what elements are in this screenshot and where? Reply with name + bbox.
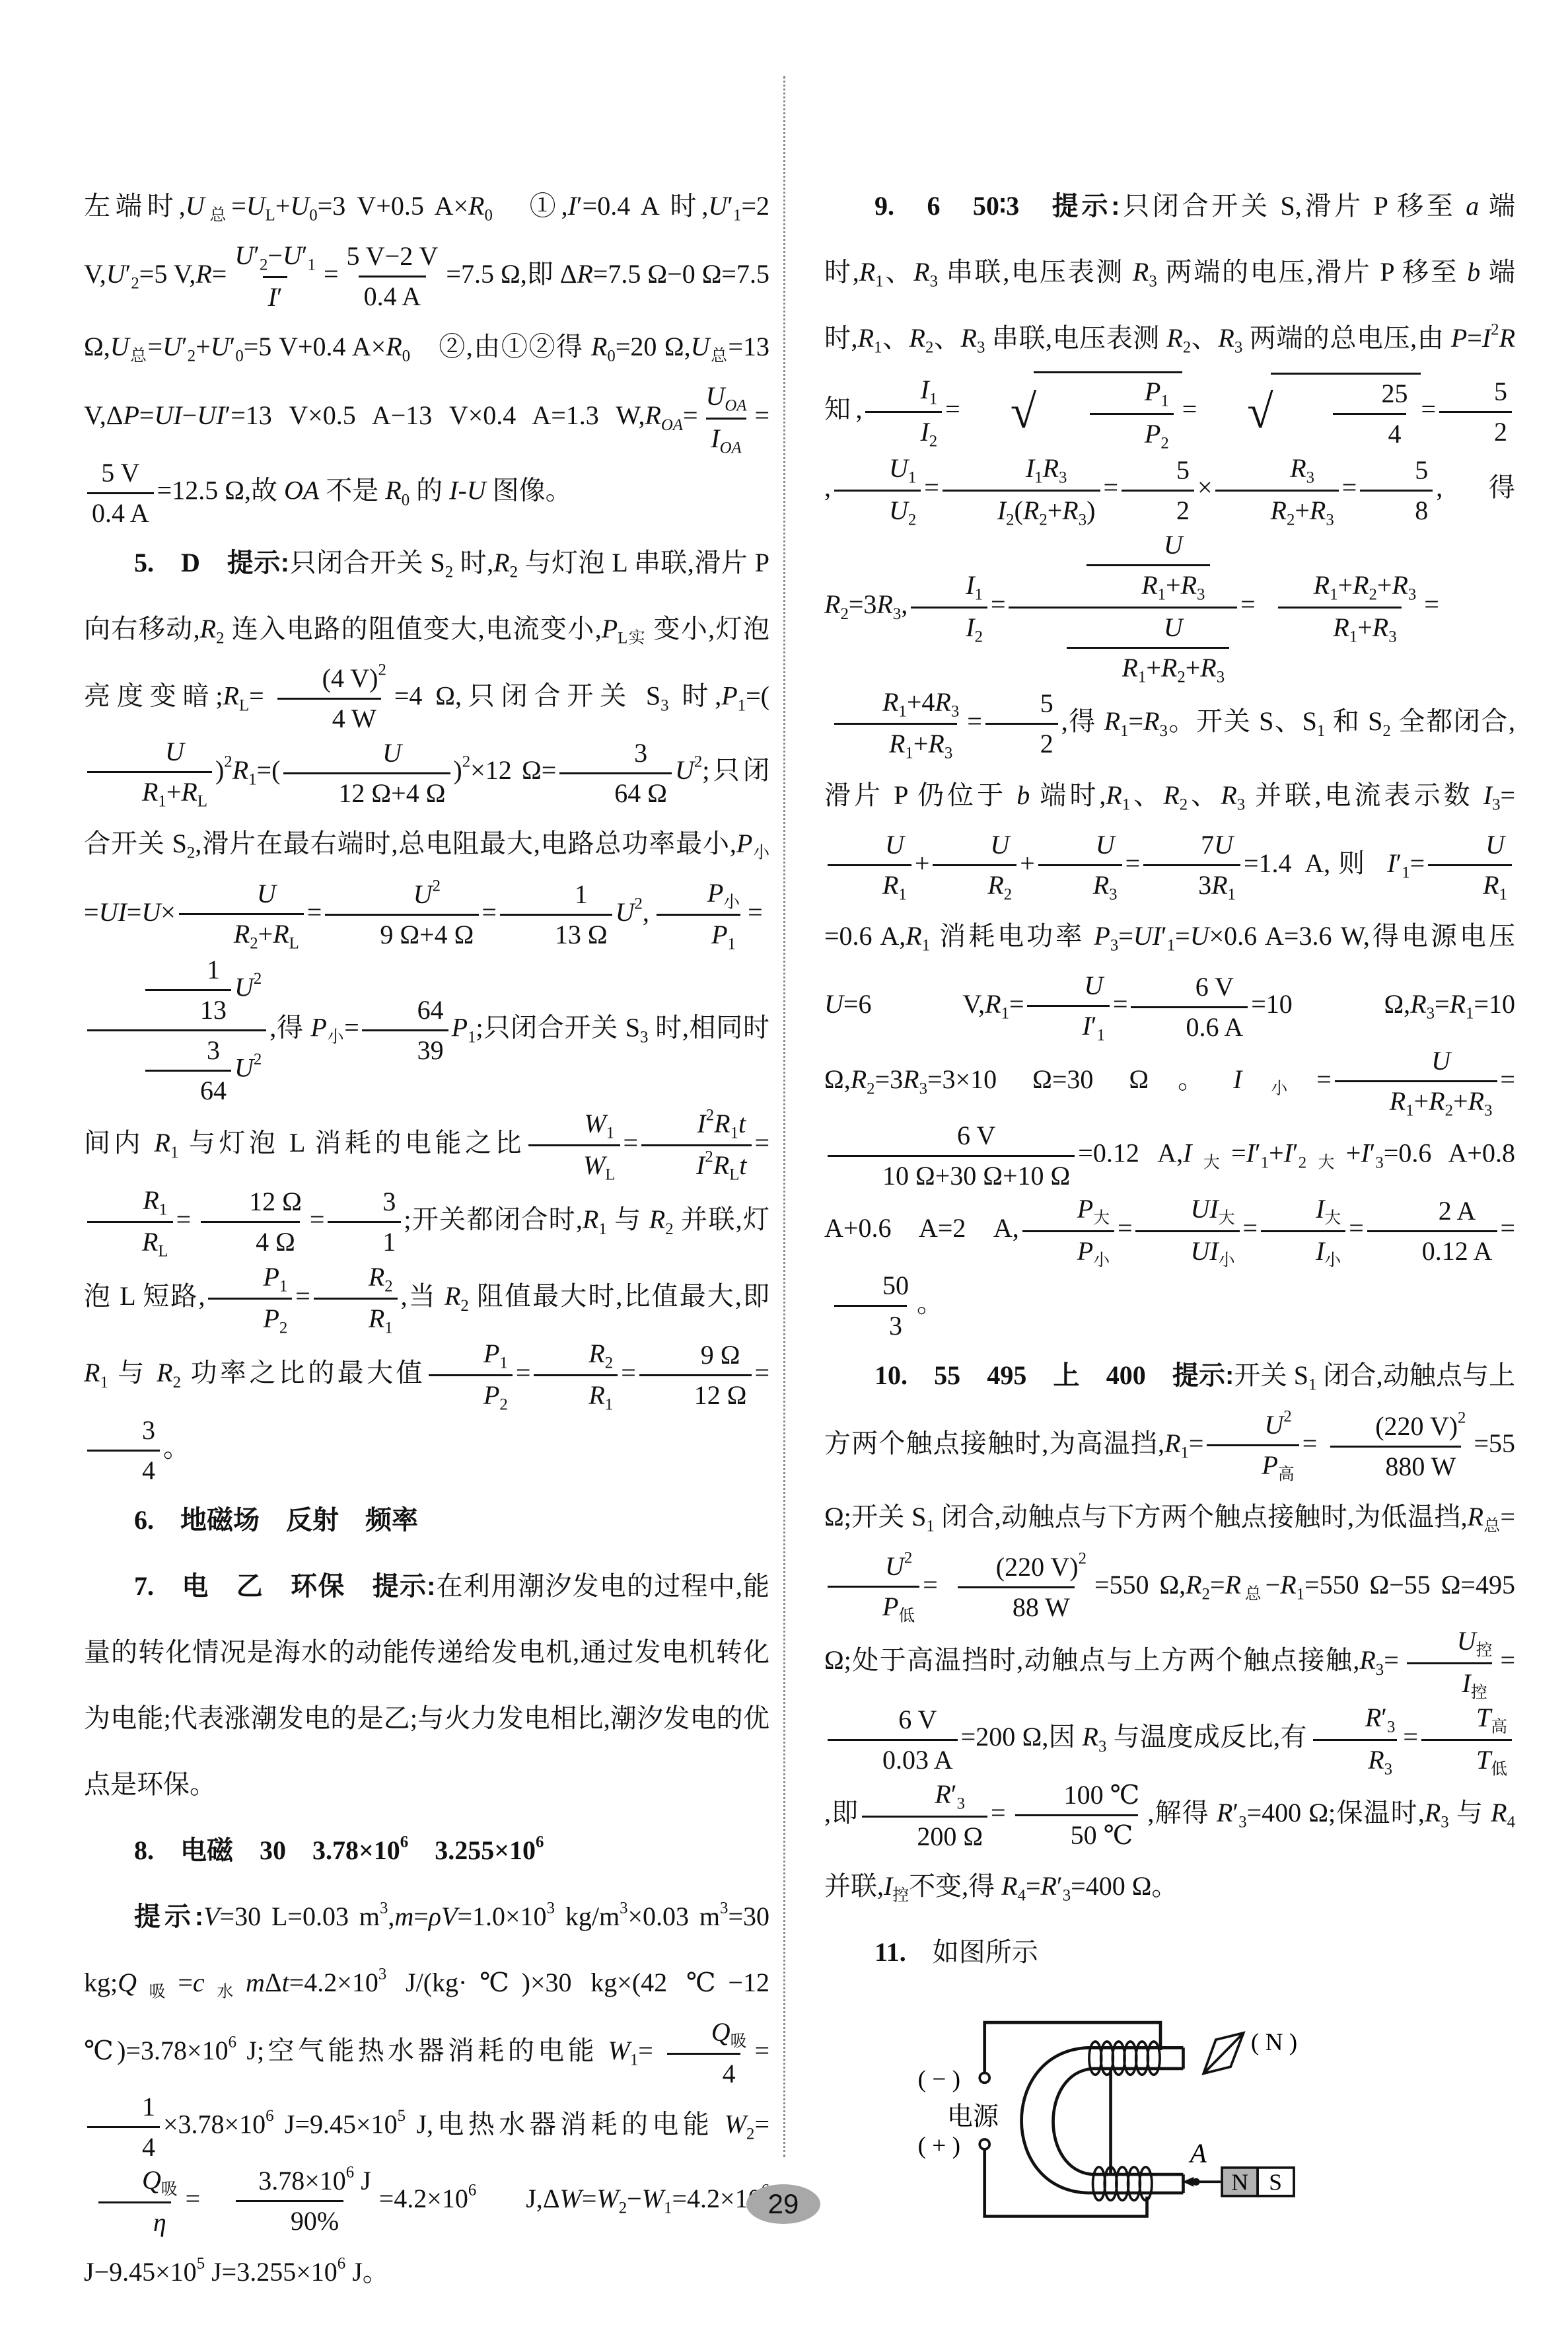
numerator: P1 [429,1337,513,1374]
variable: U [467,476,486,505]
text-run: J;空气能热水器消耗的电能 [236,2035,608,2065]
subscript: 1 [1349,628,1357,646]
subscript: 3 [957,1795,965,1813]
text-run: =7.5 Ω,即 Δ [446,259,577,289]
text-run: 1 [142,2092,155,2122]
variable: U [1214,830,1233,860]
text-run: = [924,472,939,502]
variable: R [1429,1086,1444,1116]
variable: R [1392,570,1408,600]
text-run: 880 W [1385,1452,1456,1481]
text-run: 5 [1176,455,1190,485]
text-run: + [1377,570,1392,600]
variable: R [1425,1798,1441,1827]
text-run: =30 L=0.03 m [220,1901,380,1931]
answer-text: 3.255×10 [435,1835,536,1865]
variable: P [1145,377,1160,406]
variable: R [1186,1570,1201,1600]
variable: R [1310,496,1326,525]
variable: R [935,1779,950,1809]
variable: R [645,401,660,431]
text-run: = [1078,1138,1093,1168]
subscript: 2 [1202,1585,1210,1603]
denominator: P2 [1090,413,1174,452]
subscript: 1 [279,1277,287,1295]
denominator: I小 [1261,1230,1346,1269]
subscript: 2 [1183,339,1191,357]
subscript: 3 [930,273,938,291]
denominator: P1 [657,914,740,953]
subscript: 1 [1138,668,1146,686]
variable: U [1164,530,1183,560]
text-run: =20 Ω, [616,332,691,361]
denominator: P高 [1207,1444,1299,1483]
lower-coil [1093,2166,1152,2199]
variable: b [1467,257,1480,287]
text-run: J,电热水器消耗的电能 [406,2110,725,2139]
subscript: L [605,1166,615,1184]
circuit-wires [985,2022,1160,2216]
text-run: 4 [142,2132,155,2162]
text-run: =4.2×10 [379,2184,468,2213]
subscript: 1 [1402,864,1409,882]
text-run [200,548,227,577]
subscript: 1 [1097,1027,1105,1045]
numerator: R1+R2+R3 [1258,569,1421,606]
text-run: 2 A, [952,1214,1018,1243]
subscript: 控 [1471,1683,1487,1701]
text-run [154,548,181,577]
text-run: 3 [142,1415,155,1445]
subscript: 3 [1160,722,1168,740]
superscript: 2 [462,753,470,771]
numerator: Q吸 [657,2016,752,2053]
subscript: 2 [605,1354,613,1372]
text-run: ,解得 [1147,1798,1217,1827]
variable: R [142,777,158,807]
variable: I [449,476,458,505]
variable: R [84,1358,100,1387]
variable: P [707,878,723,908]
subscript: 2 [1039,511,1047,529]
variable: R [909,323,925,353]
denominator: R1+R3 [1278,607,1402,646]
subscript: 吸 [161,2181,178,2199]
text-run: 90% [291,2206,339,2236]
text-run: ′ [277,282,283,312]
text-run: 64 [417,995,444,1025]
numerator: U控 [1402,1625,1497,1662]
text-run: 2 [1494,417,1507,447]
denominator: UI小 [1135,1230,1239,1269]
variable: P [483,1339,499,1368]
subscript: 3 [1306,469,1314,487]
text-run: = [344,1013,359,1043]
subscript: 1 [170,1144,178,1162]
text-run: + [1048,496,1063,525]
variable: R [369,1304,384,1333]
fraction: UR1 [828,829,911,903]
variable: I [966,612,974,642]
variable: I [1316,1236,1324,1266]
subscript: 3 [1492,796,1500,814]
denominator: R1 [828,864,911,903]
text-run: 开关 S [1234,1360,1308,1390]
text-run: = [1424,589,1439,619]
variable: c [193,1968,205,1997]
fraction: U控I控 [1402,1625,1497,1701]
text-run: =( [746,681,769,711]
subscript: 3 [919,1080,927,1097]
variable: R [1083,1722,1098,1752]
answer-text: 400 [1106,1360,1146,1390]
text-run: = [1384,1645,1399,1675]
text-run: 如图所示 [933,1937,1038,1967]
numerator: 3 [152,1034,225,1070]
superscript: 2 [254,1051,262,1068]
variable: P [1077,1194,1093,1224]
text-run: 1 [207,955,220,984]
variable: I [568,191,577,221]
superscript: 5 [197,2254,205,2272]
subscript: 1 [1167,937,1175,955]
text-run: 串联,电压表测 [985,323,1166,353]
variable: R [987,870,1003,900]
text-run [154,1835,180,1865]
numerator: 5 [1439,375,1512,411]
answer-text: 8. [134,1835,154,1865]
fraction: 364 Ω [559,737,672,810]
subscript: 高 [1491,1718,1507,1736]
fraction: (4 V)24 W [267,662,391,735]
fraction: UOAIOA [701,380,751,457]
text-run: = [991,1798,1006,1827]
text-run: 3 [889,1311,902,1341]
answer-text: 5. [134,548,154,577]
text-run: = [148,332,163,361]
column-divider [783,76,785,2157]
variable: R [961,323,977,353]
hint-label: 提示: [373,1572,436,1601]
text-run: 5 [1494,377,1507,406]
text-run: = [754,2035,769,2065]
variable: W [725,2110,746,2139]
text-run: = [413,1901,429,1931]
denominator: 64 Ω [559,772,672,810]
text-run: , [901,589,908,619]
variable: P [263,1262,279,1292]
radicand: P1P2 [1034,371,1182,452]
variable: R [649,1204,665,1234]
subscript: 3 [1441,1814,1448,1831]
subscript: 1 [1308,1376,1316,1394]
fraction: U29 Ω+4 Ω [325,878,478,951]
variable: η [153,2207,166,2237]
subscript: 2 [384,1277,392,1295]
fraction: Q吸4 [657,2016,752,2090]
variable: R [906,921,921,951]
variable: R [1217,1798,1232,1827]
text-run: 3 [1198,870,1211,900]
fraction: 6439 [362,994,448,1067]
text-run: 2 A [1439,1196,1476,1226]
variable: R [1166,323,1182,353]
negative-terminal [980,2073,989,2083]
subscript: 控 [892,1886,909,1904]
variable: R [1280,1570,1296,1600]
text-run: 连入电路的阻值变大,电流变小, [225,614,602,644]
numerator: (220 V)2 [1320,1410,1471,1446]
fraction: 100 ℃50 ℃ [1009,1779,1144,1852]
text-run: ;只闭合开关 S [476,1013,640,1043]
subscript: 3 [977,339,985,357]
variable: U [1164,612,1183,642]
fraction: R′3R3 [1310,1701,1400,1778]
variable: P [602,614,618,644]
text-run: 、 [933,323,960,353]
variable: T [1476,1745,1491,1775]
superscript: 2 [694,753,702,771]
answer-text: 3.78×10 [312,1835,400,1865]
subscript: 1 [929,390,937,408]
text-run: =3 [875,1064,904,1094]
text-run: 30 Ω。 [1067,1064,1233,1094]
denominator: P2 [429,1374,513,1413]
numerator: 6 V [1141,971,1239,1006]
text-run: 9 Ω+4 Ω [380,920,474,949]
fraction: UR3 [1038,829,1122,903]
fraction: P小P1 [653,877,745,953]
fraction: I1I2 [865,373,942,450]
text-run: ×3.78×10 [163,2110,266,2139]
variable: R [1221,780,1236,810]
text-run: ′ [1161,921,1167,951]
variable: R [876,589,892,619]
fraction: W1WL [528,1107,620,1184]
denominator: U2 [834,490,921,529]
numerator: 100 ℃ [1009,1779,1144,1814]
text-run: = [1113,989,1128,1019]
numerator: 25 [1326,377,1412,413]
variable: U [691,332,710,361]
denominator: 2 [985,723,1058,760]
text-run: 0.03 m [643,1901,720,1931]
text-run: ①, [493,191,568,221]
answer-text: 地磁场 反射 频率 [180,1505,418,1535]
variable: R [882,687,898,717]
numerator: U2 [830,1550,917,1586]
denominator: R1+RL [87,771,212,810]
fraction: P1P2 [208,1261,292,1337]
text-run: =12.5 Ω,故 [157,476,284,505]
subscript: 总 [710,348,729,365]
denominator: R1+R3 [834,723,958,762]
subscript: 0 [235,348,243,365]
variable: V [203,1901,219,1931]
variable: R [824,589,840,619]
text-run: = [1210,1570,1225,1600]
subscript: 1 [1330,586,1337,604]
subscript: 2 [665,1220,673,1238]
text-run: =400 Ω;保温时, [1247,1798,1425,1827]
subscript: 3 [893,605,901,623]
subscript: 1 [908,469,916,487]
variable: UI [1133,921,1161,951]
text-run: ′ [727,191,733,221]
text-run: 3 [207,1035,220,1065]
variable: R [1218,323,1234,353]
subscript: 小 [327,1028,344,1046]
subscript: 3 [1238,1814,1246,1831]
superscript: 2 [1283,1408,1291,1426]
text-run: 12 Ω [694,1380,747,1410]
denominator: 88 W [958,1586,1075,1624]
subscript: 1 [1261,1154,1269,1172]
answer-text: 50∶3 [973,191,1019,221]
text-run: =3 [849,589,877,619]
subscript: 4 [1507,1814,1515,1831]
numerator: (220 V)2 [941,1551,1092,1586]
numerator: U [110,735,189,771]
variable: P [310,1013,326,1043]
subscript: 2 [250,935,258,953]
variable: I [1483,780,1492,810]
variable: R [369,1262,384,1292]
text-run [1026,1360,1053,1390]
text-run: 阻值最大时,比值最大,即 [469,1281,769,1311]
north-label: ( N ) [1251,2029,1297,2056]
variable: U [990,830,1009,860]
superscript: 2 [1491,320,1499,338]
fraction: R2R1 [534,1337,618,1414]
text-run: 50 ℃ [1071,1820,1133,1850]
text-run: + [915,848,930,878]
subscript: 2 [975,628,983,646]
fraction: UR1+R2+R3 [1335,1045,1497,1119]
text-run: J [354,2166,371,2196]
answer-text: 55 [934,1360,960,1390]
text-run: 个触点接触时,为低温挡, [1188,1502,1467,1532]
text-run: + [1414,1086,1429,1116]
numerator: 12 Ω [194,1185,306,1221]
text-run: ′ [1057,1871,1063,1901]
text-run: =3×10 Ω= [927,1064,1067,1094]
variable: U [1096,830,1115,860]
text-run: 5 [1415,455,1428,485]
fraction: R1+4R3R1+R3 [828,686,964,762]
denominator: P2 [208,1298,292,1337]
superscript: 3 [378,1965,386,1983]
subscript: 1 [158,793,166,811]
denominator: R3 [1038,864,1122,903]
fraction: 113 [145,953,231,1027]
numerator: 2 A [1384,1195,1481,1230]
variable: R [1390,1086,1406,1116]
variable: R [1141,570,1157,600]
variable: R [928,729,944,758]
variable: U [885,1551,904,1581]
text-run: = [967,706,982,736]
fraction: U2P低 [828,1550,920,1625]
subscript: 1 [1158,586,1166,604]
text-run: 闭合,动触点与下方两 [935,1502,1188,1532]
denominator: 4 [667,2053,740,2090]
text-run: = [1129,706,1144,736]
variable: P [882,1592,898,1621]
text-run [345,1571,373,1601]
text-run: = [310,1204,325,1234]
variable: R [1483,870,1499,900]
text-run: ′ [1293,1138,1299,1168]
subscript: 小 [752,844,769,862]
numerator: P1 [1090,375,1174,412]
text-run: 13 Ω [555,920,608,949]
subscript: 3 [1484,1102,1492,1120]
text-run: 在利用潮汐发电的过程中,能量的转化情况是海水的动能传递给发电机,通过发电机转化为… [84,1571,769,1799]
text-run: ′ [230,332,236,361]
variable: R [468,191,484,221]
text-run: = [683,401,698,431]
text-run: 7 [1201,830,1214,860]
subscript: 1 [875,273,883,291]
variable: t [282,1968,289,1997]
variable: R [143,1185,159,1215]
numerator: R2 [534,1337,618,1374]
text-run: 6 V [898,1705,937,1734]
variable: U [211,332,230,361]
subscript: 1 [664,2199,672,2217]
denominator: 12 Ω+4 Ω [283,772,450,810]
variable: R [386,332,402,361]
superscript: 2 [1079,1549,1087,1567]
text-run: = [186,2184,201,2213]
subscript: 3 [640,1028,648,1046]
subscript: 2 [1160,434,1168,452]
fraction: P大P小 [1022,1193,1115,1269]
magnet-n-label: N [1231,2168,1248,2195]
fraction: I1I2 [911,569,987,646]
subscript: 2 [840,605,848,623]
numerator: I1 [911,569,987,606]
text-run: =4 Ω,只闭合开关 S [394,681,660,711]
text-run: 闭 [1316,1360,1349,1390]
text-run: 3.78×10 [258,2166,346,2196]
variable: R [935,687,950,717]
text-run: ( [1015,496,1023,525]
variable: W [584,1109,606,1138]
numerator: I1R3 [971,452,1072,489]
text-run: 6 V [957,1121,995,1150]
text-run: 。开关 S、S [1168,706,1317,736]
numerator: 1 [87,2090,160,2126]
denominator: 4 [87,2126,160,2164]
variable: UI [197,401,225,431]
subscript: 2 [746,2125,754,2143]
subscript: 2 [867,1080,874,1097]
numerator: P1 [208,1261,292,1298]
subscript: 2 [131,275,139,293]
numerator: U [1029,969,1108,1005]
variable: R [1491,1798,1507,1827]
text-run: 。 [917,1288,943,1318]
variable: R [1290,453,1306,483]
numerator: R3 [1235,452,1319,489]
subscript: 2大 [1299,1154,1346,1172]
variable: W [560,2184,582,2213]
text-run: 4 W [332,704,376,733]
subscript: 低 [898,1607,915,1625]
variable: R [1062,496,1078,525]
